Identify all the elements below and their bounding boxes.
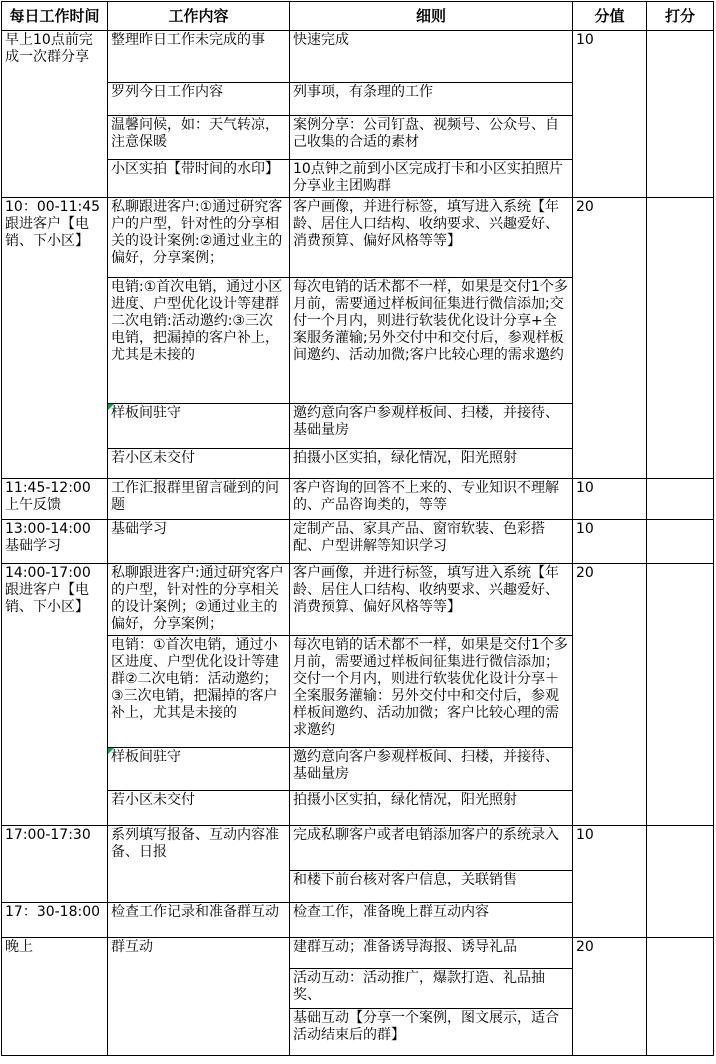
detail-cell[interactable]: 10点钟之前到小区完成打卡和小区实拍照片分享业主团购群 xyxy=(290,160,573,198)
score-cell[interactable]: 10 xyxy=(573,520,647,564)
table-row: 10：00-11:45 跟进客户【电销、下小区】 私聊跟进客户:①通过研究客户的… xyxy=(2,198,714,278)
table-row: 11:45-12:00 上午反馈 工作汇报群里留言碰到的问题 客户咨询的回答不上… xyxy=(2,479,714,520)
col-header-score: 分值 xyxy=(573,2,647,31)
work-cell[interactable]: 检查工作记录和准备群互动 xyxy=(108,903,290,938)
work-cell[interactable]: 群互动 xyxy=(108,938,290,1056)
score-cell[interactable]: 10 xyxy=(573,826,647,938)
time-cell[interactable]: 10：00-11:45 跟进客户【电销、下小区】 xyxy=(2,198,108,479)
col-header-work: 工作内容 xyxy=(108,2,290,31)
detail-cell[interactable]: 每次电销的话术都不一样，如果是交付1个多月前，需要通过样板间征集进行微信添加;交… xyxy=(290,278,573,404)
detail-cell[interactable]: 客户画像，并进行标签，填写进入系统【年龄、居住人口结构、收纳要求、兴趣爱好、消费… xyxy=(290,564,573,636)
score-cell[interactable]: 20 xyxy=(573,198,647,479)
note-indicator-icon xyxy=(108,748,114,754)
detail-cell[interactable]: 拍摄小区实拍，绿化情况，阳光照射 xyxy=(290,449,573,479)
work-cell[interactable]: 样板间驻守 xyxy=(108,748,290,791)
work-cell[interactable]: 私聊跟进客户:①通过研究客户的户型，针对性的分享相关的设计案例:②通过业主的偏好… xyxy=(108,198,290,278)
table-row: 早上10点前完成一次群分享 整理昨日工作未完成的事 快速完成 10 xyxy=(2,31,714,83)
time-cell[interactable]: 11:45-12:00 上午反馈 xyxy=(2,479,108,520)
time-cell[interactable]: 早上10点前完成一次群分享 xyxy=(2,31,108,198)
rating-cell[interactable] xyxy=(647,198,714,479)
score-cell[interactable]: 20 xyxy=(573,938,647,1056)
work-cell[interactable]: 样板间驻守 xyxy=(108,404,290,449)
col-header-detail: 细则 xyxy=(290,2,573,31)
rating-cell[interactable] xyxy=(647,564,714,826)
work-cell[interactable]: 基础学习 xyxy=(108,520,290,564)
work-cell[interactable]: 电销：①首次电销，通过小区进度、户型优化设计等建群②二次电销：活动邀约；③三次电… xyxy=(108,636,290,748)
table-row: 晚上 群互动 建群互动；准备诱导海报、诱导礼品 20 xyxy=(2,938,714,969)
detail-cell[interactable]: 检查工作，准备晚上群互动内容 xyxy=(290,903,573,938)
detail-cell[interactable]: 列事项，有条理的工作 xyxy=(290,83,573,116)
score-cell[interactable]: 10 xyxy=(573,479,647,520)
table-row: 13:00-14:00 基础学习 基础学习 定制产品、家具产品、窗帘软装、色彩搭… xyxy=(2,520,714,564)
rating-cell[interactable] xyxy=(647,31,714,198)
rating-cell[interactable] xyxy=(647,938,714,1056)
work-cell[interactable]: 温馨问候，如：天气转凉，注意保暖 xyxy=(108,116,290,160)
detail-cell[interactable]: 拍摄小区实拍，绿化情况，阳光照射 xyxy=(290,791,573,826)
rating-cell[interactable] xyxy=(647,826,714,938)
detail-cell[interactable]: 活动互动：活动推广，爆款打造、礼品抽奖、 xyxy=(290,969,573,1009)
work-cell[interactable]: 私聊跟进客户:通过研究客户的户型，针对性的分享相关的设计案例；②通过业主的偏好，… xyxy=(108,564,290,636)
note-indicator-icon xyxy=(108,404,114,410)
work-cell[interactable]: 工作汇报群里留言碰到的问题 xyxy=(108,479,290,520)
detail-cell[interactable]: 每次电销的话术都不一样，如果是交付1个多月前，需要通过样板间征集进行微信添加；交… xyxy=(290,636,573,748)
work-cell[interactable]: 罗列今日工作内容 xyxy=(108,83,290,116)
detail-cell[interactable]: 基础互动【分享一个案例，图文展示，适合活动结束后的群】 xyxy=(290,1009,573,1056)
work-schedule-table: 每日工作时间 工作内容 细则 分值 打分 早上10点前完成一次群分享 整理昨日工… xyxy=(1,1,714,1056)
table-row: 14:00-17:00 跟进客户【电销、下小区】 私聊跟进客户:通过研究客户的户… xyxy=(2,564,714,636)
detail-cell[interactable]: 邀约意向客户参观样板间、扫楼，并接待、基础量房 xyxy=(290,404,573,449)
rating-cell[interactable] xyxy=(647,520,714,564)
work-cell[interactable]: 整理昨日工作未完成的事 xyxy=(108,31,290,83)
detail-cell[interactable]: 建群互动；准备诱导海报、诱导礼品 xyxy=(290,938,573,969)
detail-cell[interactable]: 定制产品、家具产品、窗帘软装、色彩搭配、户型讲解等知识学习 xyxy=(290,520,573,564)
time-cell[interactable]: 17：30-18:00 xyxy=(2,903,108,938)
time-cell[interactable]: 17:00-17:30 xyxy=(2,826,108,903)
work-cell-text: 样板间驻守 xyxy=(111,749,181,765)
score-cell[interactable]: 20 xyxy=(573,564,647,826)
rating-cell[interactable] xyxy=(647,479,714,520)
score-cell[interactable]: 10 xyxy=(573,31,647,198)
work-cell-text: 样板间驻守 xyxy=(111,405,181,421)
work-cell[interactable]: 若小区未交付 xyxy=(108,791,290,826)
detail-cell[interactable]: 完成私聊客户或者电销添加客户的系统录入 xyxy=(290,826,573,871)
work-cell[interactable]: 系列填写报备、互动内容准备、日报 xyxy=(108,826,290,903)
detail-cell[interactable]: 快速完成 xyxy=(290,31,573,83)
time-cell[interactable]: 14:00-17:00 跟进客户【电销、下小区】 xyxy=(2,564,108,826)
detail-cell[interactable]: 客户画像，并进行标签，填写进入系统【年龄、居住人口结构、收纳要求、兴趣爱好、消费… xyxy=(290,198,573,278)
work-cell[interactable]: 若小区未交付 xyxy=(108,449,290,479)
detail-cell[interactable]: 和楼下前台核对客户信息，关联销售 xyxy=(290,871,573,903)
time-cell[interactable]: 晚上 xyxy=(2,938,108,1056)
header-row: 每日工作时间 工作内容 细则 分值 打分 xyxy=(2,2,714,31)
table-row: 17:00-17:30 系列填写报备、互动内容准备、日报 完成私聊客户或者电销添… xyxy=(2,826,714,871)
time-cell[interactable]: 13:00-14:00 基础学习 xyxy=(2,520,108,564)
work-cell[interactable]: 小区实拍【带时间的水印】 xyxy=(108,160,290,198)
detail-cell[interactable]: 邀约意向客户参观样板间、扫楼，并接待、基础量房 xyxy=(290,748,573,791)
col-header-time: 每日工作时间 xyxy=(2,2,108,31)
work-cell[interactable]: 电销:①首次电销，通过小区进度、户型优化设计等建群二次电销:活动邀约:③三次电销… xyxy=(108,278,290,404)
detail-cell[interactable]: 客户咨询的回答不上来的、专业知识不理解的、产品咨询类的，等等 xyxy=(290,479,573,520)
detail-cell[interactable]: 案例分享：公司钉盘、视频号、公众号、自己收集的合适的素材 xyxy=(290,116,573,160)
col-header-rating: 打分 xyxy=(647,2,714,31)
